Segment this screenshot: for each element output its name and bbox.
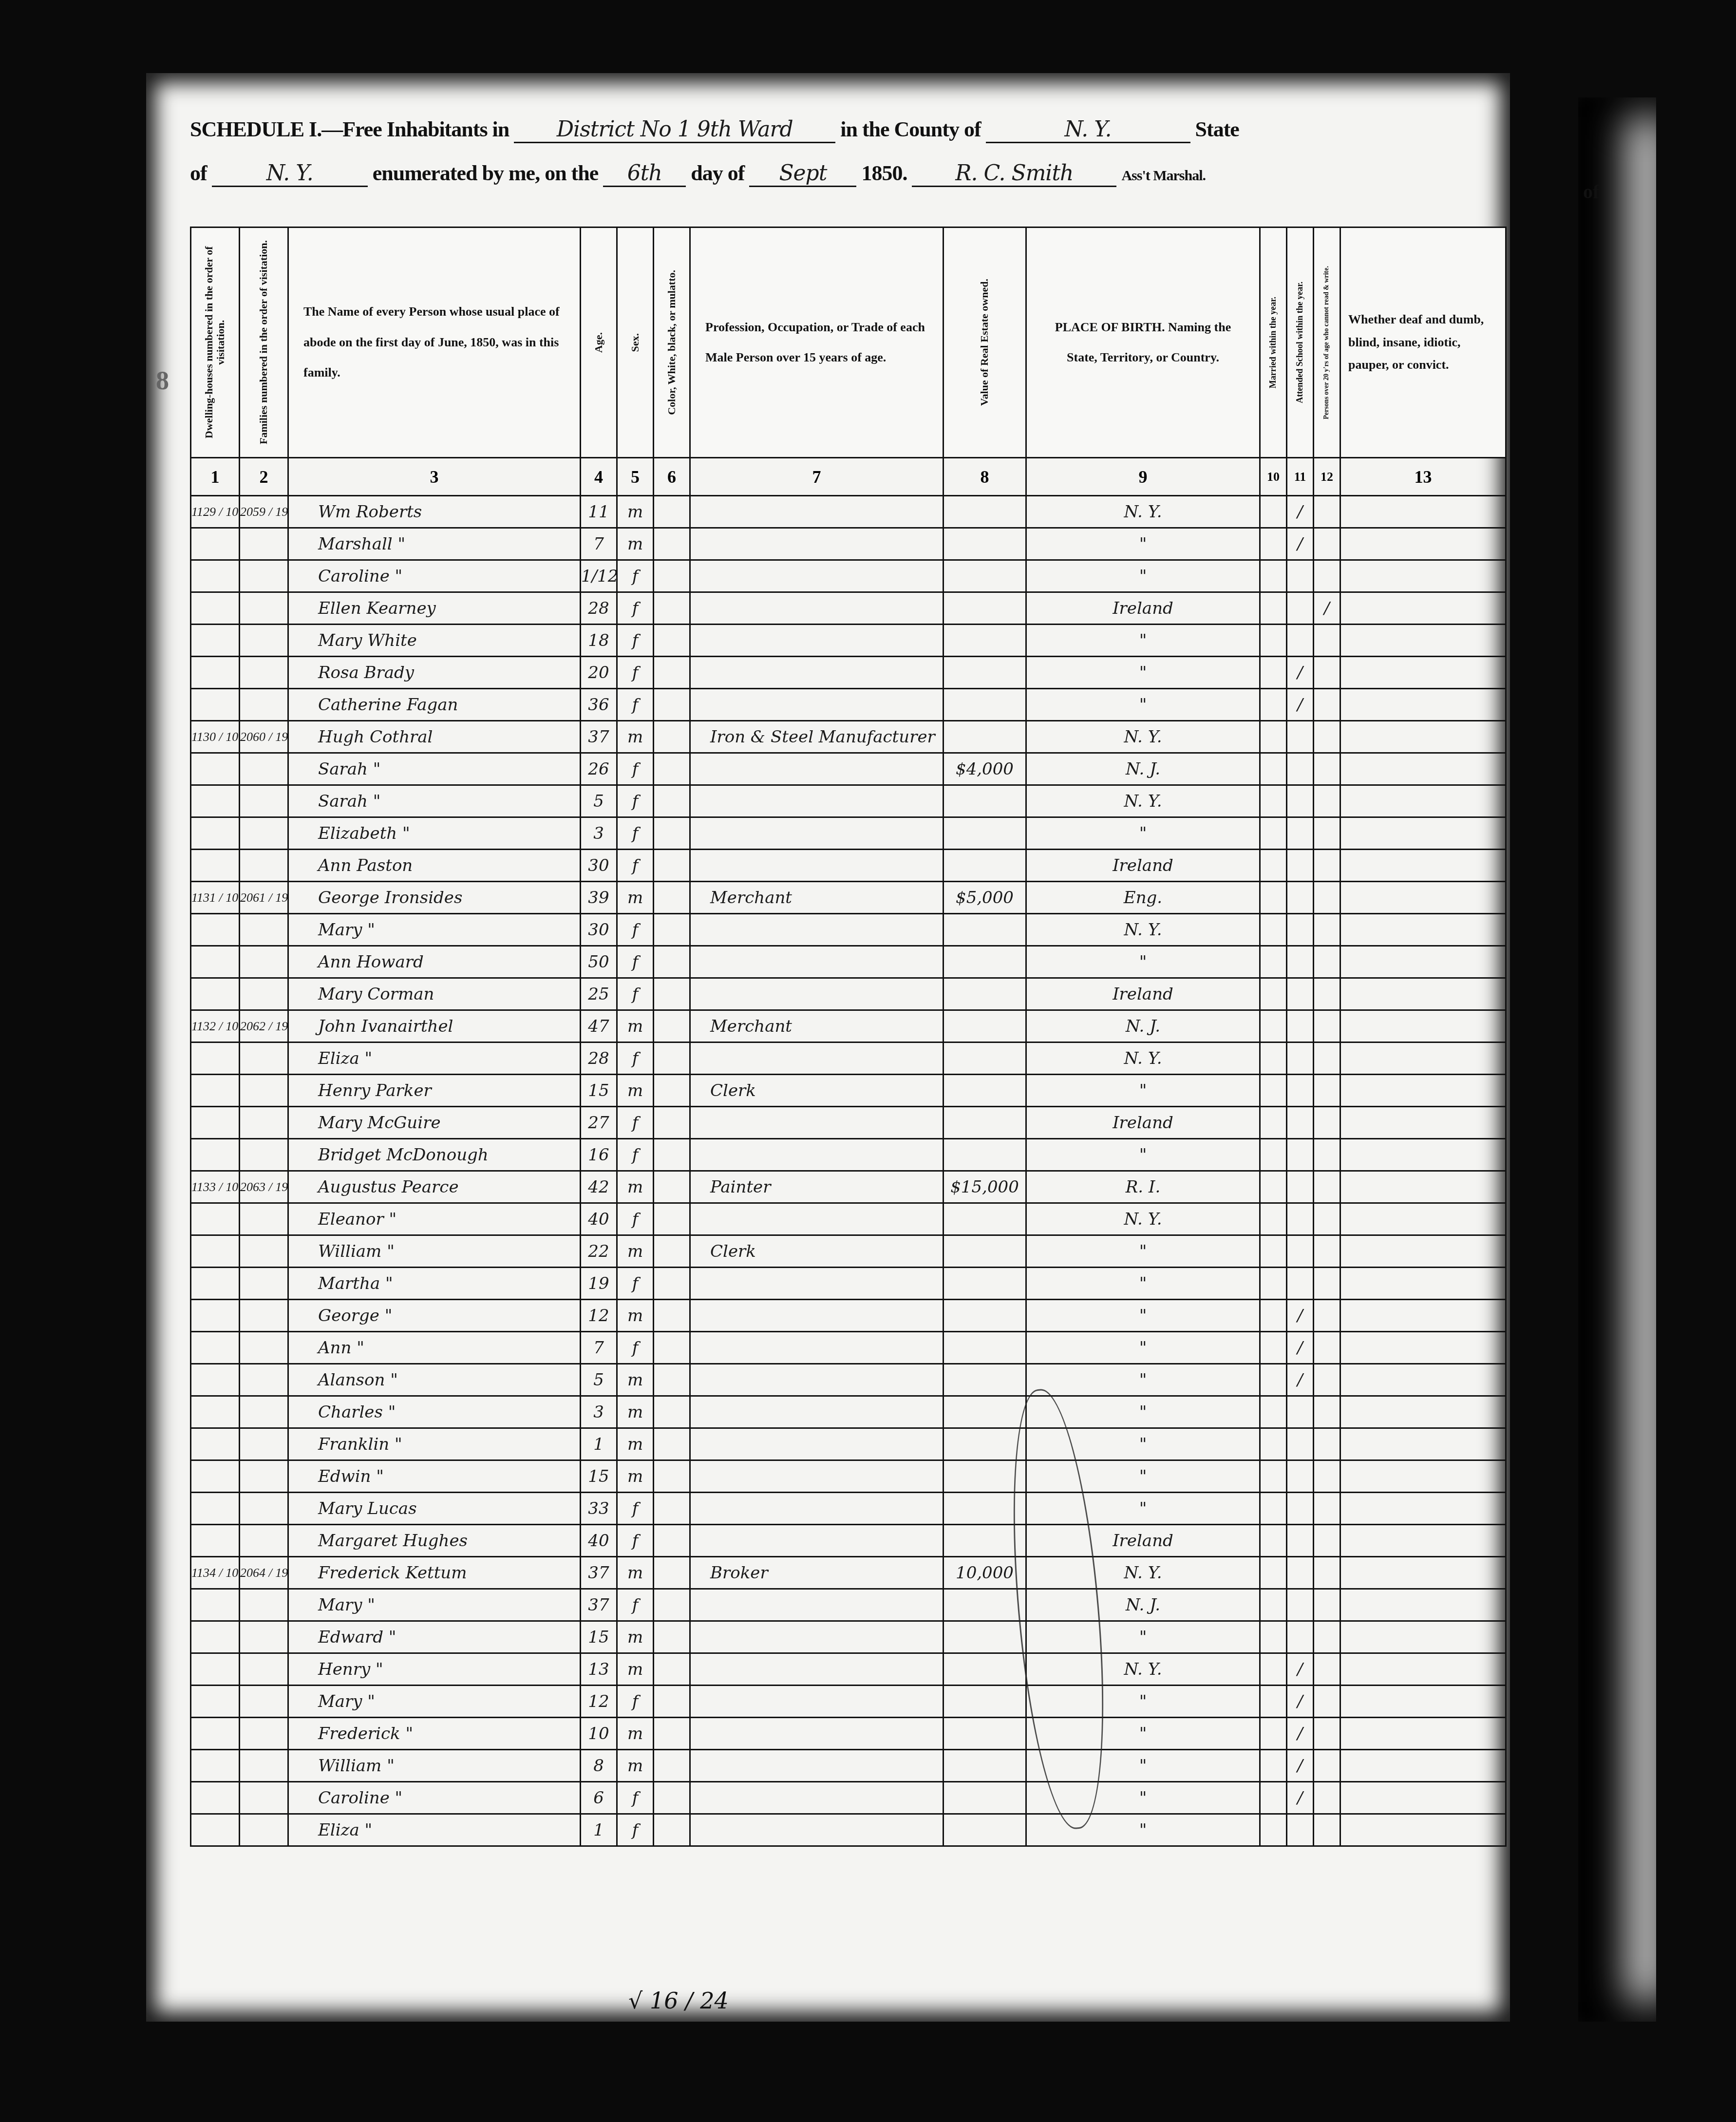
person-name: Hugh Cothral xyxy=(288,721,581,753)
family-number xyxy=(240,914,288,946)
illiterate-mark xyxy=(1314,721,1340,753)
sex: f xyxy=(617,850,654,882)
married-mark xyxy=(1260,785,1287,817)
person-name: Wm Roberts xyxy=(288,496,581,528)
person-name: Mary White xyxy=(288,625,581,657)
infirmity xyxy=(1340,1718,1506,1750)
occupation xyxy=(690,1460,943,1493)
occupation xyxy=(690,1107,943,1139)
age: 19 xyxy=(581,1268,617,1300)
illiterate-mark xyxy=(1314,1332,1340,1364)
color xyxy=(654,946,690,978)
color xyxy=(654,753,690,785)
age: 42 xyxy=(581,1171,617,1203)
married-mark xyxy=(1260,1010,1287,1042)
illiterate-mark xyxy=(1314,1589,1340,1621)
age: 33 xyxy=(581,1493,617,1525)
occupation: Iron & Steel Manufacturer xyxy=(690,721,943,753)
occupation xyxy=(690,753,943,785)
real-estate-value xyxy=(943,1396,1026,1428)
person-name: Mary Lucas xyxy=(288,1493,581,1525)
infirmity xyxy=(1340,1107,1506,1139)
occupation xyxy=(690,1042,943,1075)
family-number: 2063 / 1996 xyxy=(240,1171,288,1203)
sex: f xyxy=(617,1107,654,1139)
header-color: Color, White, black, or mulatto. xyxy=(654,227,690,458)
birthplace: Ireland xyxy=(1026,978,1260,1010)
dwelling-number xyxy=(191,1428,240,1460)
person-name: Mary " xyxy=(288,914,581,946)
occupation xyxy=(690,496,943,528)
table-row: Ann Paston 30 f Ireland xyxy=(191,850,1506,882)
real-estate-value xyxy=(943,1139,1026,1171)
table-row: Franklin " 1 m " xyxy=(191,1428,1506,1460)
family-number xyxy=(240,1653,288,1686)
real-estate-value xyxy=(943,978,1026,1010)
table-row: Eliza " 1 f " xyxy=(191,1814,1506,1846)
county-field: N. Y. xyxy=(986,117,1190,143)
married-mark xyxy=(1260,1653,1287,1686)
dwelling-number xyxy=(191,1268,240,1300)
age: 30 xyxy=(581,850,617,882)
color xyxy=(654,1460,690,1493)
school-mark xyxy=(1287,1010,1314,1042)
sex: f xyxy=(617,592,654,625)
col-num: 11 xyxy=(1287,458,1314,496)
sex: f xyxy=(617,1268,654,1300)
sex: f xyxy=(617,689,654,721)
infirmity xyxy=(1340,1075,1506,1107)
real-estate-value xyxy=(943,1814,1026,1846)
col-num: 3 xyxy=(288,458,581,496)
person-name: Ann Paston xyxy=(288,850,581,882)
school-mark: / xyxy=(1287,1300,1314,1332)
illiterate-mark xyxy=(1314,1107,1340,1139)
real-estate-value xyxy=(943,560,1026,592)
sex: f xyxy=(617,753,654,785)
illiterate-mark xyxy=(1314,1300,1340,1332)
table-row: Mary White 18 f " xyxy=(191,625,1506,657)
col-num: 1 xyxy=(191,458,240,496)
family-number xyxy=(240,753,288,785)
married-mark xyxy=(1260,1460,1287,1493)
dwelling-number xyxy=(191,689,240,721)
birthplace: " xyxy=(1026,625,1260,657)
infirmity xyxy=(1340,528,1506,560)
person-name: John Ivanairthel xyxy=(288,1010,581,1042)
illiterate-mark xyxy=(1314,1139,1340,1171)
dwelling-number xyxy=(191,1042,240,1075)
school-mark: / xyxy=(1287,1332,1314,1364)
school-mark: / xyxy=(1287,1686,1314,1718)
family-number: 2059 / 1992 xyxy=(240,496,288,528)
dwelling-number xyxy=(191,1525,240,1557)
illiterate-mark xyxy=(1314,1686,1340,1718)
dwelling-number xyxy=(191,1075,240,1107)
occupation xyxy=(690,528,943,560)
state-label: State xyxy=(1195,117,1239,141)
married-mark xyxy=(1260,914,1287,946)
birthplace: N. Y. xyxy=(1026,785,1260,817)
age: 40 xyxy=(581,1525,617,1557)
person-name: William " xyxy=(288,1750,581,1782)
infirmity xyxy=(1340,978,1506,1010)
sex: f xyxy=(617,657,654,689)
illiterate-mark xyxy=(1314,1268,1340,1300)
real-estate-value xyxy=(943,1364,1026,1396)
illiterate-mark xyxy=(1314,914,1340,946)
age: 40 xyxy=(581,1203,617,1235)
illiterate-mark xyxy=(1314,625,1340,657)
col-num: 7 xyxy=(690,458,943,496)
header-real-estate: Value of Real Estate owned. xyxy=(943,227,1026,458)
birthplace: " xyxy=(1026,689,1260,721)
real-estate-value xyxy=(943,592,1026,625)
age: 18 xyxy=(581,625,617,657)
person-name: Mary " xyxy=(288,1589,581,1621)
married-mark xyxy=(1260,1396,1287,1428)
family-number xyxy=(240,1139,288,1171)
married-mark xyxy=(1260,850,1287,882)
infirmity xyxy=(1340,1235,1506,1268)
occupation xyxy=(690,1814,943,1846)
color xyxy=(654,1686,690,1718)
color xyxy=(654,1396,690,1428)
married-mark xyxy=(1260,689,1287,721)
real-estate-value xyxy=(943,1589,1026,1621)
table-row: Mary Lucas 33 f " xyxy=(191,1493,1506,1525)
illiterate-mark xyxy=(1314,657,1340,689)
infirmity xyxy=(1340,946,1506,978)
family-number xyxy=(240,978,288,1010)
married-mark xyxy=(1260,1107,1287,1139)
month-field: Sept xyxy=(749,161,856,187)
dwelling-number xyxy=(191,1686,240,1718)
person-name: Ann Howard xyxy=(288,946,581,978)
header-age: Age. xyxy=(581,227,617,458)
illiterate-mark xyxy=(1314,496,1340,528)
infirmity xyxy=(1340,1332,1506,1364)
census-body: 1129 / 1071 2059 / 1992 Wm Roberts 11 m … xyxy=(191,496,1506,1846)
married-mark xyxy=(1260,496,1287,528)
person-name: Sarah " xyxy=(288,753,581,785)
color xyxy=(654,1300,690,1332)
illiterate-mark xyxy=(1314,817,1340,850)
family-number xyxy=(240,946,288,978)
illiterate-mark xyxy=(1314,946,1340,978)
infirmity xyxy=(1340,1010,1506,1042)
sex: f xyxy=(617,1589,654,1621)
table-row: Charles " 3 m " xyxy=(191,1396,1506,1428)
birthplace: N. J. xyxy=(1026,1010,1260,1042)
color xyxy=(654,689,690,721)
age: 5 xyxy=(581,1364,617,1396)
married-mark xyxy=(1260,1557,1287,1589)
age: 47 xyxy=(581,1010,617,1042)
family-number xyxy=(240,1621,288,1653)
dwelling-number xyxy=(191,1814,240,1846)
table-row: Alanson " 5 m " / xyxy=(191,1364,1506,1396)
school-mark xyxy=(1287,1107,1314,1139)
schedule-header-line-1: SCHEDULE I.—Free Inhabitants in District… xyxy=(190,117,1239,143)
color xyxy=(654,1364,690,1396)
table-row: 1129 / 1071 2059 / 1992 Wm Roberts 11 m … xyxy=(191,496,1506,528)
family-number xyxy=(240,817,288,850)
table-row: Bridget McDonough 16 f " xyxy=(191,1139,1506,1171)
birthplace: " xyxy=(1026,1814,1260,1846)
real-estate-value xyxy=(943,1300,1026,1332)
infirmity xyxy=(1340,914,1506,946)
illiterate-mark xyxy=(1314,1235,1340,1268)
sex: m xyxy=(617,496,654,528)
census-page: 8 SCHEDULE I.—Free Inhabitants in Distri… xyxy=(146,73,1510,2022)
infirmity xyxy=(1340,1460,1506,1493)
sex: m xyxy=(617,882,654,914)
color xyxy=(654,1718,690,1750)
dwelling-number: 1134 / 1076 xyxy=(191,1557,240,1589)
dwelling-number xyxy=(191,625,240,657)
birthplace: " xyxy=(1026,1364,1260,1396)
dwelling-number: 1133 / 1075 xyxy=(191,1171,240,1203)
header-dwelling: Dwelling-houses numbered in the order of… xyxy=(191,227,240,458)
illiterate-mark xyxy=(1314,1653,1340,1686)
age: 15 xyxy=(581,1460,617,1493)
birthplace: " xyxy=(1026,1268,1260,1300)
column-number-row: 1 2 3 4 5 6 7 8 9 10 11 12 13 xyxy=(191,458,1506,496)
occupation: Clerk xyxy=(690,1075,943,1107)
infirmity xyxy=(1340,882,1506,914)
family-number xyxy=(240,1686,288,1718)
dwelling-number xyxy=(191,1235,240,1268)
person-name: Alanson " xyxy=(288,1364,581,1396)
married-mark xyxy=(1260,882,1287,914)
sex: m xyxy=(617,528,654,560)
page-content: 8 SCHEDULE I.—Free Inhabitants in Distri… xyxy=(180,102,1505,2002)
table-row: Catherine Fagan 36 f " / xyxy=(191,689,1506,721)
color xyxy=(654,1814,690,1846)
infirmity xyxy=(1340,1171,1506,1203)
school-mark: / xyxy=(1287,528,1314,560)
table-row: Eliza " 28 f N. Y. xyxy=(191,1042,1506,1075)
illiterate-mark xyxy=(1314,528,1340,560)
age: 37 xyxy=(581,721,617,753)
color xyxy=(654,528,690,560)
family-number xyxy=(240,785,288,817)
married-mark xyxy=(1260,1203,1287,1235)
age: 15 xyxy=(581,1621,617,1653)
real-estate-value xyxy=(943,1107,1026,1139)
person-name: Rosa Brady xyxy=(288,657,581,689)
school-mark: / xyxy=(1287,657,1314,689)
infirmity xyxy=(1340,1686,1506,1718)
col-num: 6 xyxy=(654,458,690,496)
family-number xyxy=(240,1814,288,1846)
illiterate-mark xyxy=(1314,753,1340,785)
table-row: Ellen Kearney 28 f Ireland / xyxy=(191,592,1506,625)
age: 10 xyxy=(581,1718,617,1750)
dwelling-number xyxy=(191,1493,240,1525)
family-number: 2061 / 1994 xyxy=(240,882,288,914)
real-estate-value xyxy=(943,496,1026,528)
day-field: 6th xyxy=(603,161,686,187)
birthplace: Ireland xyxy=(1026,1107,1260,1139)
birthplace: " xyxy=(1026,817,1260,850)
person-name: Mary " xyxy=(288,1686,581,1718)
dwelling-number xyxy=(191,817,240,850)
real-estate-value xyxy=(943,1332,1026,1364)
real-estate-value xyxy=(943,1621,1026,1653)
infirmity xyxy=(1340,625,1506,657)
family-number xyxy=(240,1396,288,1428)
dwelling-number xyxy=(191,657,240,689)
col-num: 10 xyxy=(1260,458,1287,496)
school-mark xyxy=(1287,1042,1314,1075)
dwelling-number xyxy=(191,978,240,1010)
illiterate-mark xyxy=(1314,1750,1340,1782)
family-number xyxy=(240,1075,288,1107)
occupation xyxy=(690,689,943,721)
family-number xyxy=(240,592,288,625)
family-number xyxy=(240,1718,288,1750)
birthplace: N. Y. xyxy=(1026,1042,1260,1075)
birthplace: N. Y. xyxy=(1026,721,1260,753)
sex: f xyxy=(617,1686,654,1718)
married-mark xyxy=(1260,1782,1287,1814)
infirmity xyxy=(1340,1621,1506,1653)
real-estate-value xyxy=(943,785,1026,817)
adjacent-of-label: of xyxy=(1583,180,1599,203)
person-name: Eliza " xyxy=(288,1042,581,1075)
dwelling-number: 1131 / 1073 xyxy=(191,882,240,914)
occupation xyxy=(690,1139,943,1171)
married-mark xyxy=(1260,528,1287,560)
occupation: Merchant xyxy=(690,1010,943,1042)
header-occupation: Profession, Occupation, or Trade of each… xyxy=(690,227,943,458)
illiterate-mark xyxy=(1314,1493,1340,1525)
family-number xyxy=(240,689,288,721)
person-name: Bridget McDonough xyxy=(288,1139,581,1171)
family-number xyxy=(240,1750,288,1782)
occupation xyxy=(690,1621,943,1653)
sex: f xyxy=(617,1139,654,1171)
color xyxy=(654,882,690,914)
illiterate-mark xyxy=(1314,1621,1340,1653)
header-illiterate: Persons over 20 y'rs of age who cannot r… xyxy=(1314,227,1340,458)
family-number xyxy=(240,1525,288,1557)
age: 7 xyxy=(581,1332,617,1364)
school-mark xyxy=(1287,1268,1314,1300)
infirmity xyxy=(1340,1782,1506,1814)
married-mark xyxy=(1260,1300,1287,1332)
person-name: Eleanor " xyxy=(288,1203,581,1235)
infirmity xyxy=(1340,1653,1506,1686)
dwelling-number xyxy=(191,1589,240,1621)
school-mark xyxy=(1287,914,1314,946)
sex: f xyxy=(617,1203,654,1235)
age: 8 xyxy=(581,1750,617,1782)
census-table: Dwelling-houses numbered in the order of… xyxy=(190,227,1507,1847)
occupation xyxy=(690,1268,943,1300)
person-name: Ellen Kearney xyxy=(288,592,581,625)
family-number: 2060 / 1993 xyxy=(240,721,288,753)
illiterate-mark xyxy=(1314,1525,1340,1557)
table-row: Mary " 30 f N. Y. xyxy=(191,914,1506,946)
color xyxy=(654,657,690,689)
schedule-header-line-2: of N. Y. enumerated by me, on the 6th da… xyxy=(190,161,1206,187)
table-row: Sarah " 5 f N. Y. xyxy=(191,785,1506,817)
illiterate-mark xyxy=(1314,1171,1340,1203)
married-mark xyxy=(1260,657,1287,689)
occupation xyxy=(690,1300,943,1332)
sex: f xyxy=(617,978,654,1010)
married-mark xyxy=(1260,1332,1287,1364)
school-mark: / xyxy=(1287,1653,1314,1686)
infirmity xyxy=(1340,785,1506,817)
sex: m xyxy=(617,1621,654,1653)
table-row: Henry " 13 m N. Y. / xyxy=(191,1653,1506,1686)
age: 37 xyxy=(581,1557,617,1589)
person-name: Mary Corman xyxy=(288,978,581,1010)
dwelling-number xyxy=(191,1107,240,1139)
married-mark xyxy=(1260,1525,1287,1557)
person-name: Sarah " xyxy=(288,785,581,817)
occupation xyxy=(690,914,943,946)
real-estate-value xyxy=(943,657,1026,689)
infirmity xyxy=(1340,1557,1506,1589)
school-mark xyxy=(1287,625,1314,657)
married-mark xyxy=(1260,592,1287,625)
dwelling-number xyxy=(191,1460,240,1493)
infirmity xyxy=(1340,1300,1506,1332)
age: 30 xyxy=(581,914,617,946)
illiterate-mark xyxy=(1314,1814,1340,1846)
sex: m xyxy=(617,1364,654,1396)
illiterate-mark xyxy=(1314,1396,1340,1428)
school-mark xyxy=(1287,1428,1314,1460)
illiterate-mark xyxy=(1314,1042,1340,1075)
infirmity xyxy=(1340,753,1506,785)
occupation xyxy=(690,978,943,1010)
color xyxy=(654,1653,690,1686)
family-number xyxy=(240,625,288,657)
family-number xyxy=(240,850,288,882)
color xyxy=(654,1589,690,1621)
age: 26 xyxy=(581,753,617,785)
color xyxy=(654,850,690,882)
table-row: Mary McGuire 27 f Ireland xyxy=(191,1107,1506,1139)
color xyxy=(654,1428,690,1460)
married-mark xyxy=(1260,625,1287,657)
real-estate-value xyxy=(943,1718,1026,1750)
sex: f xyxy=(617,785,654,817)
married-mark xyxy=(1260,1718,1287,1750)
dwelling-number xyxy=(191,1139,240,1171)
infirmity xyxy=(1340,1525,1506,1557)
color xyxy=(654,1203,690,1235)
sex: f xyxy=(617,1814,654,1846)
age: 6 xyxy=(581,1782,617,1814)
illiterate-mark xyxy=(1314,882,1340,914)
occupation xyxy=(690,1203,943,1235)
table-row: Rosa Brady 20 f " / xyxy=(191,657,1506,689)
header-family: Families numbered in the order of visita… xyxy=(240,227,288,458)
age: 28 xyxy=(581,1042,617,1075)
sex: f xyxy=(617,1525,654,1557)
sex: f xyxy=(617,560,654,592)
dwelling-number xyxy=(191,946,240,978)
school-mark xyxy=(1287,785,1314,817)
family-number xyxy=(240,560,288,592)
